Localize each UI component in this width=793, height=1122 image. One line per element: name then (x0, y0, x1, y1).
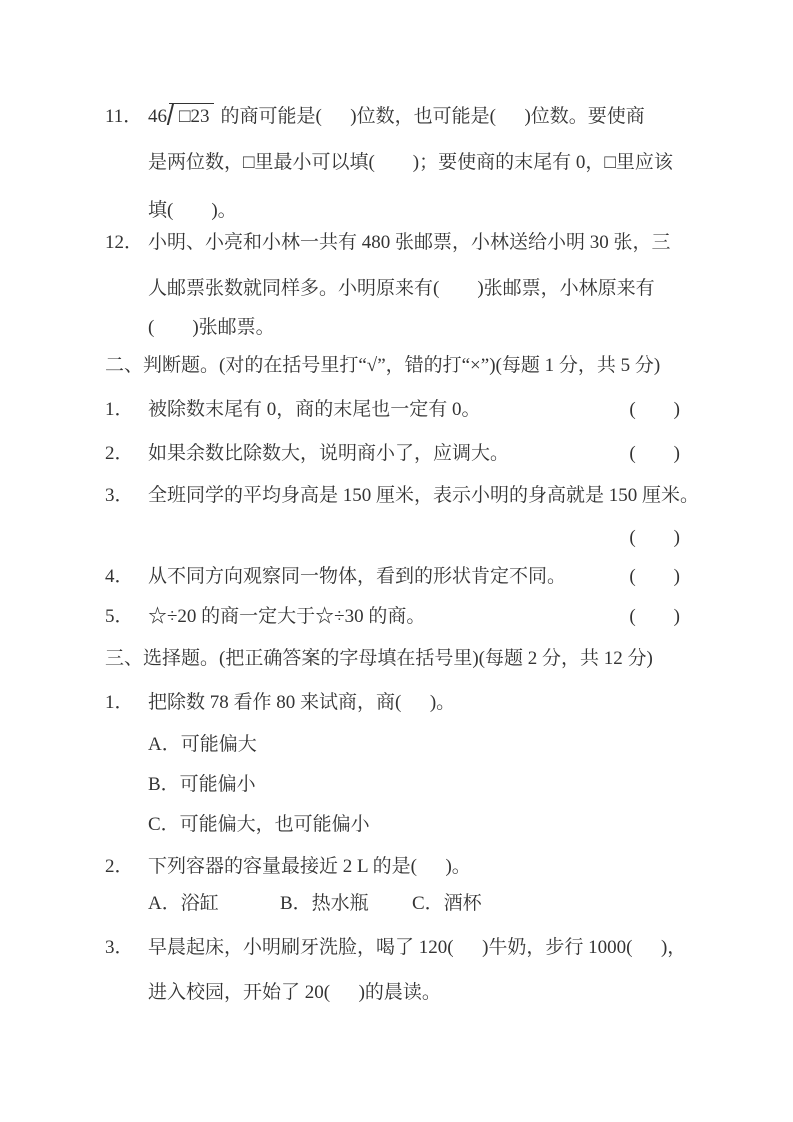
question-12-line-2: 人邮票张数就同样多。小明原来有( )张邮票，小林原来有 (148, 277, 655, 301)
choice-question-2: 2．下列容器的容量最接近 2 L 的是( )。 (105, 855, 471, 879)
question-11-line-3: 填( )。 (148, 199, 237, 223)
question-11-number: 11． (105, 105, 148, 129)
question-12-line-3: ( )张邮票。 (148, 316, 275, 340)
item-number: 3． (105, 484, 148, 508)
question-12-number: 12． (105, 231, 148, 255)
section-3-header: 三、选择题。(把正确答案的字母填在括号里)(每题 2 分，共 12 分) (105, 647, 653, 671)
question-11-text: 的商可能是( )位数，也可能是( )位数。要使商 (220, 106, 644, 127)
test-paper-page: 11．46□23的商可能是( )位数，也可能是( )位数。要使商 是两位数，□里… (0, 0, 793, 1122)
section-2-header: 二、判断题。(对的在括号里打“√”，错的打“×”)(每题 1 分，共 5 分) (105, 354, 660, 378)
choice-q1-option-b: B．可能偏小 (148, 773, 256, 797)
choice-q2-option-b: B．热水瓶 (280, 892, 412, 916)
item-text: 如果余数比除数大，说明商小了，应调大。 (148, 442, 509, 466)
item-text: 被除数末尾有 0，商的末尾也一定有 0。 (148, 398, 481, 422)
choice-question-3-line-2: 进入校园，开始了 20( )的晨读。 (148, 981, 441, 1005)
item-number: 4． (105, 565, 148, 589)
item-text: 从不同方向观察同一物体，看到的形状肯定不同。 (148, 565, 566, 589)
item-number: 2． (105, 442, 148, 466)
question-12-text: 小明、小亮和小林一共有 480 张邮票，小林送给小明 30 张，三 (148, 232, 671, 253)
choice-q1-option-c: C．可能偏大，也可能偏小 (148, 813, 370, 837)
question-11-line-2: 是两位数，□里最小可以填( )；要使商的末尾有 0，□里应该 (148, 151, 673, 175)
division-divisor: 46 (148, 106, 167, 127)
judgment-item-4: 4．从不同方向观察同一物体，看到的形状肯定不同。( ) (105, 565, 680, 589)
item-text: 早晨起床，小明刷牙洗脸，喝了 120( )牛奶，步行 1000( )， (148, 937, 686, 958)
item-number: 3． (105, 936, 148, 960)
choice-q2-options-row: A．浴缸B．热水瓶C．酒杯 (148, 892, 482, 916)
answer-parentheses: ( ) (629, 565, 680, 589)
item-text: 下列容器的容量最接近 2 L 的是( )。 (148, 856, 471, 877)
answer-parentheses: ( ) (629, 442, 680, 466)
choice-question-1: 1．把除数 78 看作 80 来试商，商( )。 (105, 691, 455, 715)
item-text: ☆÷20 的商一定大于☆÷30 的商。 (148, 605, 425, 629)
question-11-line-1: 11．46□23的商可能是( )位数，也可能是( )位数。要使商 (105, 103, 645, 127)
answer-parentheses: ( ) (629, 526, 680, 550)
judgment-item-1: 1．被除数末尾有 0，商的末尾也一定有 0。( ) (105, 398, 680, 422)
division-dividend: □23 (179, 106, 209, 127)
choice-q1-option-a: A．可能偏大 (148, 733, 257, 757)
choice-question-3-line-1: 3．早晨起床，小明刷牙洗脸，喝了 120( )牛奶，步行 1000( )， (105, 936, 686, 960)
item-number: 1． (105, 691, 148, 715)
answer-parentheses: ( ) (629, 605, 680, 629)
judgment-item-3-answer-line: ( ) (105, 526, 680, 550)
long-division-bracket: □23 (169, 103, 214, 129)
answer-parentheses: ( ) (629, 398, 680, 422)
item-number: 1． (105, 398, 148, 422)
question-12-line-1: 12．小明、小亮和小林一共有 480 张邮票，小林送给小明 30 张，三 (105, 231, 671, 255)
judgment-item-2: 2．如果余数比除数大，说明商小了，应调大。( ) (105, 442, 680, 466)
judgment-item-5: 5．☆÷20 的商一定大于☆÷30 的商。( ) (105, 605, 680, 629)
choice-q2-option-a: A．浴缸 (148, 892, 280, 916)
item-text: 把除数 78 看作 80 来试商，商( )。 (148, 692, 455, 713)
choice-q2-option-c: C．酒杯 (412, 893, 482, 914)
item-number: 5． (105, 605, 148, 629)
item-number: 2． (105, 855, 148, 879)
item-text: 全班同学的平均身高是 150 厘米，表示小明的身高就是 150 厘米。 (148, 485, 699, 506)
judgment-item-3: 3．全班同学的平均身高是 150 厘米，表示小明的身高就是 150 厘米。 (105, 484, 699, 508)
